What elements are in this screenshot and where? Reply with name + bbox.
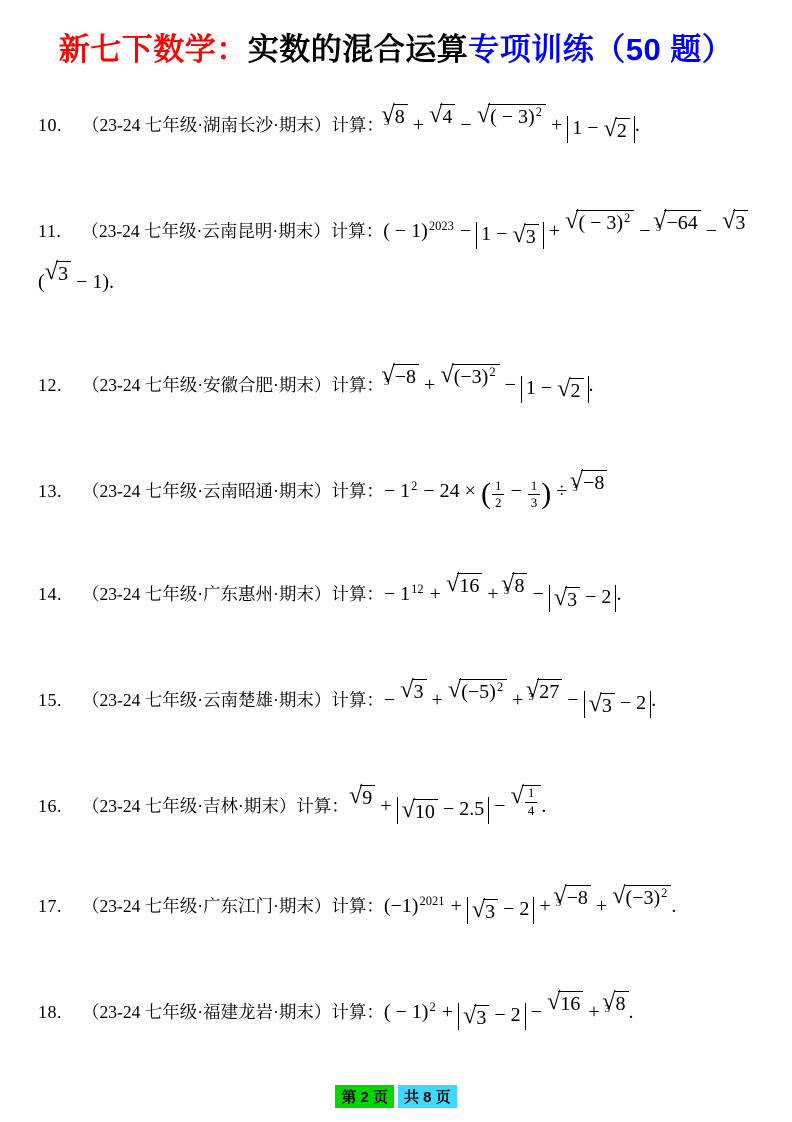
exponent: 2 [489, 365, 495, 379]
square-root: √16 [446, 573, 482, 619]
root-index: 3 [384, 116, 390, 128]
radicand: ( − 3)2 [576, 210, 634, 235]
radical-sign-icon: √ [472, 898, 485, 922]
square-root: √3 [589, 693, 615, 718]
problem-list: 10.（23-24 七年级·湖南长沙·期末）计算：3√8 + √4 − √( −… [38, 102, 754, 1040]
problem-item: 15.（23-24 七年级·云南楚雄·期末）计算：− √3 + √(−5)2 +… [38, 677, 754, 728]
square-root: √(−3)2 [440, 364, 499, 410]
radicand: 10 [413, 799, 438, 824]
absolute-value: √3 − 2 [467, 897, 535, 924]
page-total-badge: 共 8 页 [398, 1085, 457, 1108]
square-root: √3 [512, 224, 538, 249]
problem-task-label: 计算： [331, 584, 384, 604]
denominator: 2 [492, 495, 505, 510]
root-index: 3 [572, 482, 578, 494]
radicand: 3 [565, 587, 580, 612]
square-root: √( − 3)2 [565, 210, 634, 256]
radical-sign-icon: √ [448, 678, 461, 702]
problem-formula: ( − 1)2 + √3 − 2 − √16 + 3√8. [384, 1001, 634, 1023]
radical-sign-icon: √ [45, 260, 58, 284]
radical-sign-icon: √ [463, 1004, 476, 1028]
root-index: 3 [504, 585, 510, 597]
numerator: 1 [528, 479, 541, 495]
square-root: √14 [510, 785, 541, 831]
page-footer: 第 2 页共 8 页 [0, 1085, 792, 1108]
square-root: √3 [472, 899, 498, 924]
document-page: 新七下数学：实数的混合运算专项训练（50 题） 10.（23-24 七年级·湖南… [0, 0, 792, 1122]
radicand: 9 [360, 785, 375, 810]
cube-root: 3√−64 [656, 210, 701, 259]
problem-source: （23-24 七年级·福建龙岩·期末） [82, 1002, 331, 1022]
square-root: √9 [349, 785, 375, 831]
radical-sign-icon: √ [400, 678, 413, 702]
problem-task-label: 计算： [331, 115, 384, 135]
problem-number: 17. [38, 896, 62, 916]
problem-source: （23-24 七年级·广东江门·期末） [82, 896, 331, 916]
root-index: 3 [605, 1003, 611, 1015]
problem-formula: (−1)2021 + √3 − 2 + 3√−8 + √(−3)2. [384, 895, 677, 917]
radical-sign-icon: √ [589, 692, 602, 716]
exponent: 2021 [419, 894, 444, 908]
radicand: 16 [457, 573, 482, 598]
radicand: (−3)2 [624, 885, 672, 910]
problem-task-label: 计算： [296, 796, 349, 816]
exponent: 2 [497, 680, 503, 694]
radicand: 16 [558, 991, 583, 1016]
absolute-value: √3 − 2 [458, 1003, 526, 1030]
square-root: √16 [547, 991, 583, 1037]
radicand: 3 [483, 899, 498, 924]
radical-sign-icon: √ [554, 586, 567, 610]
square-root: √3 [45, 261, 71, 307]
problem-number: 14. [38, 584, 62, 604]
square-root: √3 [722, 210, 748, 256]
exponent: 2 [661, 886, 667, 900]
problem-item: 18.（23-24 七年级·福建龙岩·期末）计算：( − 1)2 + √3 − … [38, 989, 754, 1040]
radicand: 4 [440, 104, 455, 129]
problem-item: 17.（23-24 七年级·广东江门·期末）计算：(−1)2021 + √3 −… [38, 883, 754, 934]
radicand: 3 [56, 261, 71, 286]
square-root: √(−3)2 [612, 885, 671, 931]
radicand: 14 [522, 785, 542, 818]
radical-sign-icon: √ [429, 103, 442, 127]
radicand: ( − 3)2 [488, 104, 546, 129]
problem-source: （23-24 七年级·云南楚雄·期末） [82, 690, 331, 710]
title-suffix: 专项训练（50 题） [468, 32, 733, 67]
problem-item: 12.（23-24 七年级·安徽合肥·期末）计算：3√−8 + √(−3)2 −… [38, 362, 754, 413]
radicand: (−5)2 [459, 679, 507, 704]
radical-sign-icon: √ [604, 117, 617, 141]
radical-sign-icon: √ [402, 798, 415, 822]
numerator: 1 [525, 786, 538, 802]
radicand: 3 [524, 224, 539, 249]
square-root: √2 [604, 118, 630, 143]
page-number-badge: 第 2 页 [335, 1085, 394, 1108]
exponent: 12 [411, 582, 424, 596]
radical-sign-icon: √ [349, 784, 362, 808]
root-index: 3 [556, 897, 562, 909]
square-root: √3 [554, 587, 580, 612]
numerator: 1 [492, 479, 505, 495]
radicand: 3 [474, 1005, 489, 1030]
radical-sign-icon: √ [565, 209, 578, 233]
radical-sign-icon: √ [722, 209, 735, 233]
problem-source: （23-24 七年级·吉林·期末） [82, 796, 296, 816]
problem-item: 10.（23-24 七年级·湖南长沙·期末）计算：3√8 + √4 − √( −… [38, 102, 754, 153]
problem-source: （23-24 七年级·云南昆明·期末） [81, 221, 330, 241]
square-root: √( − 3)2 [477, 104, 546, 150]
problem-number: 10. [38, 115, 62, 135]
square-root: √3 [400, 679, 426, 725]
problem-number: 13. [38, 481, 62, 501]
problem-number: 16. [38, 796, 62, 816]
square-root: √10 [402, 799, 438, 824]
exponent: 2023 [429, 219, 454, 233]
title-prefix: 新七下数学： [59, 32, 248, 67]
radical-sign-icon: √ [557, 377, 570, 401]
problem-source: （23-24 七年级·湖南长沙·期末） [82, 115, 331, 135]
problem-source: （23-24 七年级·云南昭通·期末） [82, 481, 331, 501]
root-index: 3 [656, 222, 662, 234]
radicand: 3 [733, 210, 748, 235]
radicand: −8 [393, 364, 419, 389]
radical-sign-icon: √ [510, 784, 523, 808]
problem-item: 16.（23-24 七年级·吉林·期末）计算：√9 + √10 − 2.5 − … [38, 783, 754, 831]
radical-sign-icon: √ [440, 363, 453, 387]
problem-formula: − √3 + √(−5)2 + 3√27 − √3 − 2. [384, 689, 656, 711]
radicand: −64 [664, 210, 700, 235]
root-index: 3 [528, 691, 534, 703]
radical-sign-icon: √ [612, 884, 625, 908]
page-title: 新七下数学：实数的混合运算专项训练（50 题） [38, 30, 754, 70]
cube-root: 3√8 [504, 573, 528, 622]
radical-sign-icon: √ [477, 103, 490, 127]
problem-item: 13.（23-24 七年级·云南昭通·期末）计算：− 12 − 24 × (12… [38, 468, 754, 519]
radicand: 3 [600, 693, 615, 718]
cube-root: 3√−8 [556, 885, 591, 934]
exponent: 2 [624, 211, 630, 225]
radical-sign-icon: √ [446, 572, 459, 596]
problem-task-label: 计算： [331, 375, 384, 395]
problem-number: 12. [38, 375, 62, 395]
radicand: 8 [512, 573, 527, 598]
radicand: −8 [581, 470, 607, 495]
title-main: 实数的混合运算 [248, 32, 469, 67]
absolute-value: √10 − 2.5 [397, 797, 490, 824]
radicand: −8 [565, 885, 591, 910]
square-root: √4 [429, 104, 455, 150]
problem-source: （23-24 七年级·安徽合肥·期末） [82, 375, 331, 395]
problem-number: 18. [38, 1002, 62, 1022]
problem-task-label: 计算： [331, 896, 384, 916]
problem-formula: − 112 + √16 + 3√8 − √3 − 2. [384, 583, 622, 605]
radicand: (−3)2 [452, 364, 500, 389]
square-root: √2 [557, 378, 583, 403]
cube-root: 3√8 [384, 104, 408, 153]
root-index: 3 [384, 376, 390, 388]
fraction: 13 [528, 479, 541, 511]
problem-task-label: 计算： [331, 1002, 384, 1022]
cube-root: 3√−8 [572, 470, 607, 519]
problem-item: 11.（23-24 七年级·云南昆明·期末）计算：( − 1)2023 − 1 … [38, 208, 754, 307]
radical-sign-icon: √ [512, 223, 525, 247]
exponent: 2 [429, 1000, 435, 1014]
problem-source: （23-24 七年级·广东惠州·期末） [82, 584, 331, 604]
problem-task-label: 计算： [331, 690, 384, 710]
big-parenthesis: ( [481, 477, 491, 510]
absolute-value: √3 − 2 [584, 691, 652, 718]
denominator: 3 [528, 495, 541, 510]
problem-task-label: 计算： [331, 481, 384, 501]
denominator: 4 [525, 803, 538, 818]
radical-sign-icon: √ [547, 990, 560, 1014]
absolute-value: 1 − √2 [521, 376, 589, 403]
absolute-value: √3 − 2 [549, 585, 617, 612]
problem-number: 11. [38, 221, 61, 241]
radicand: 27 [537, 679, 562, 704]
cube-root: 3√−8 [384, 364, 419, 413]
fraction: 12 [492, 479, 505, 511]
cube-root: 3√8 [605, 991, 629, 1040]
problem-formula: √9 + √10 − 2.5 − √14. [349, 795, 547, 817]
problem-formula: 3√8 + √4 − √( − 3)2 + 1 − √2. [384, 114, 640, 136]
problem-formula: 3√−8 + √(−3)2 − 1 − √2. [384, 374, 594, 396]
square-root: √3 [463, 1005, 489, 1030]
problem-number: 15. [38, 690, 62, 710]
problem-task-label: 计算： [331, 221, 384, 241]
problem-item: 14.（23-24 七年级·广东惠州·期末）计算：− 112 + √16 + 3… [38, 571, 754, 622]
radicand: 8 [393, 104, 408, 129]
square-root: √(−5)2 [448, 679, 507, 725]
cube-root: 3√27 [528, 679, 562, 728]
exponent: 2 [411, 479, 417, 493]
problem-formula: − 12 − 24 × (12 − 13) ÷ 3√−8 [384, 480, 608, 502]
radicand: 2 [615, 118, 630, 143]
exponent: 2 [536, 105, 542, 119]
fraction: 14 [525, 786, 538, 818]
absolute-value: 1 − √3 [476, 222, 544, 249]
absolute-value: 1 − √2 [567, 116, 635, 143]
big-parenthesis: ) [541, 477, 551, 510]
